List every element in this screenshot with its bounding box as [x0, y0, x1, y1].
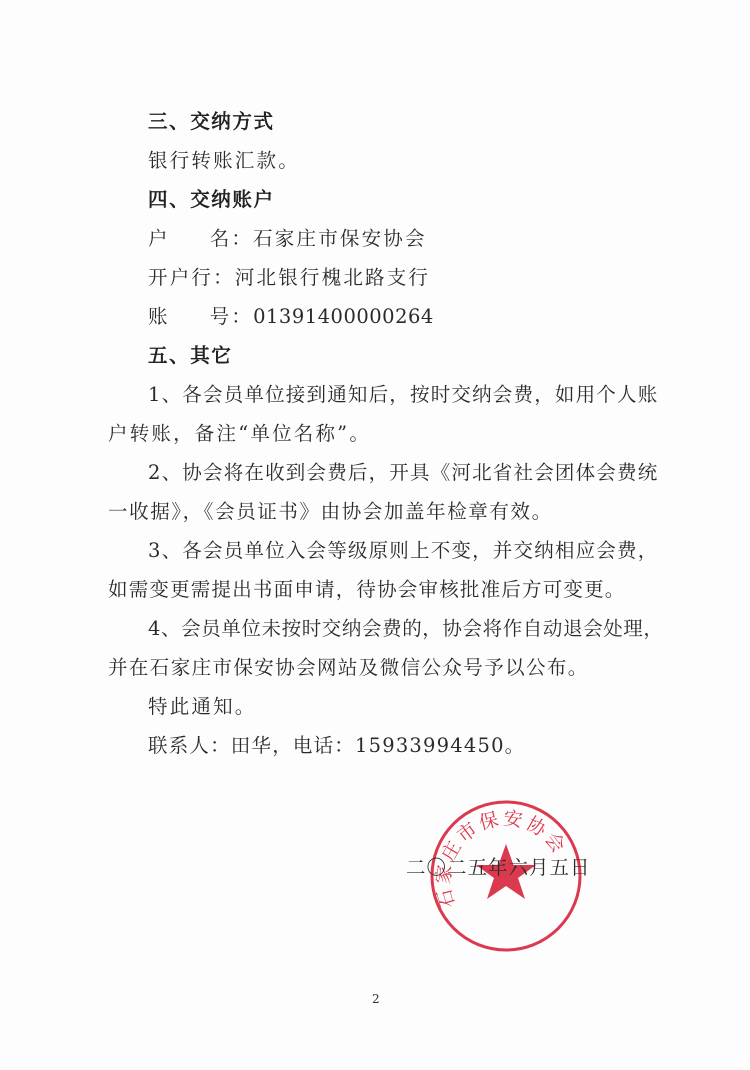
- other-item-1-line2: 户转账，备注“单位名称”。: [108, 420, 656, 448]
- document-date: 二〇二五年六月五日: [406, 852, 591, 880]
- other-item-4-line1: 4、会员单位未按时交纳会费的，协会将作自动退会处理，: [148, 615, 696, 643]
- account-name-value: 石家庄市保安协会: [253, 227, 427, 250]
- other-item-3-line2: 如需变更需提出书面申请，待协会审核批准后方可变更。: [108, 576, 656, 604]
- account-name-label-b: 名：: [210, 227, 253, 250]
- bank-value: 河北银行槐北路支行: [235, 266, 430, 289]
- account-number-value: 01391400000264: [253, 305, 434, 328]
- account-number-label-b: 号：: [210, 305, 253, 328]
- other-item-1-line1: 1、各会员单位接到通知后，按时交纳会费，如用个人账: [148, 381, 656, 409]
- document-page: 三、交纳方式 银行转账汇款。 四、交纳账户 户名：石家庄市保安协会 开户行：河北…: [0, 0, 750, 1070]
- payment-method-text: 银行转账汇款。: [148, 147, 696, 175]
- section-heading-other: 五、其它: [148, 342, 696, 370]
- bank-row: 开户行：河北银行槐北路支行: [148, 264, 696, 292]
- account-name-row: 户名：石家庄市保安协会: [148, 225, 696, 253]
- other-item-3-line1: 3、各会员单位入会等级原则上不变，并交纳相应会费，: [148, 537, 696, 565]
- contact-info: 联系人：田华，电话：15933994450。: [148, 732, 696, 760]
- account-number-label-a: 账: [148, 305, 170, 328]
- account-number-row: 账号：01391400000264: [148, 303, 696, 331]
- account-name-label-a: 户: [148, 227, 170, 250]
- other-item-2-line1: 2、协会将在收到会费后，开具《河北省社会团体会费统: [148, 459, 696, 487]
- bank-label: 开户行：: [148, 266, 235, 289]
- closing-text: 特此通知。: [148, 693, 696, 721]
- section-heading-payment-account: 四、交纳账户: [148, 186, 696, 214]
- other-item-4-line2: 并在石家庄市保安协会网站及微信公众号予以公布。: [108, 654, 656, 682]
- section-heading-payment-method: 三、交纳方式: [148, 108, 696, 136]
- other-item-2-line2: 一收据》，《会员证书》由协会加盖年检章有效。: [108, 498, 656, 526]
- page-number: 2: [372, 992, 380, 1006]
